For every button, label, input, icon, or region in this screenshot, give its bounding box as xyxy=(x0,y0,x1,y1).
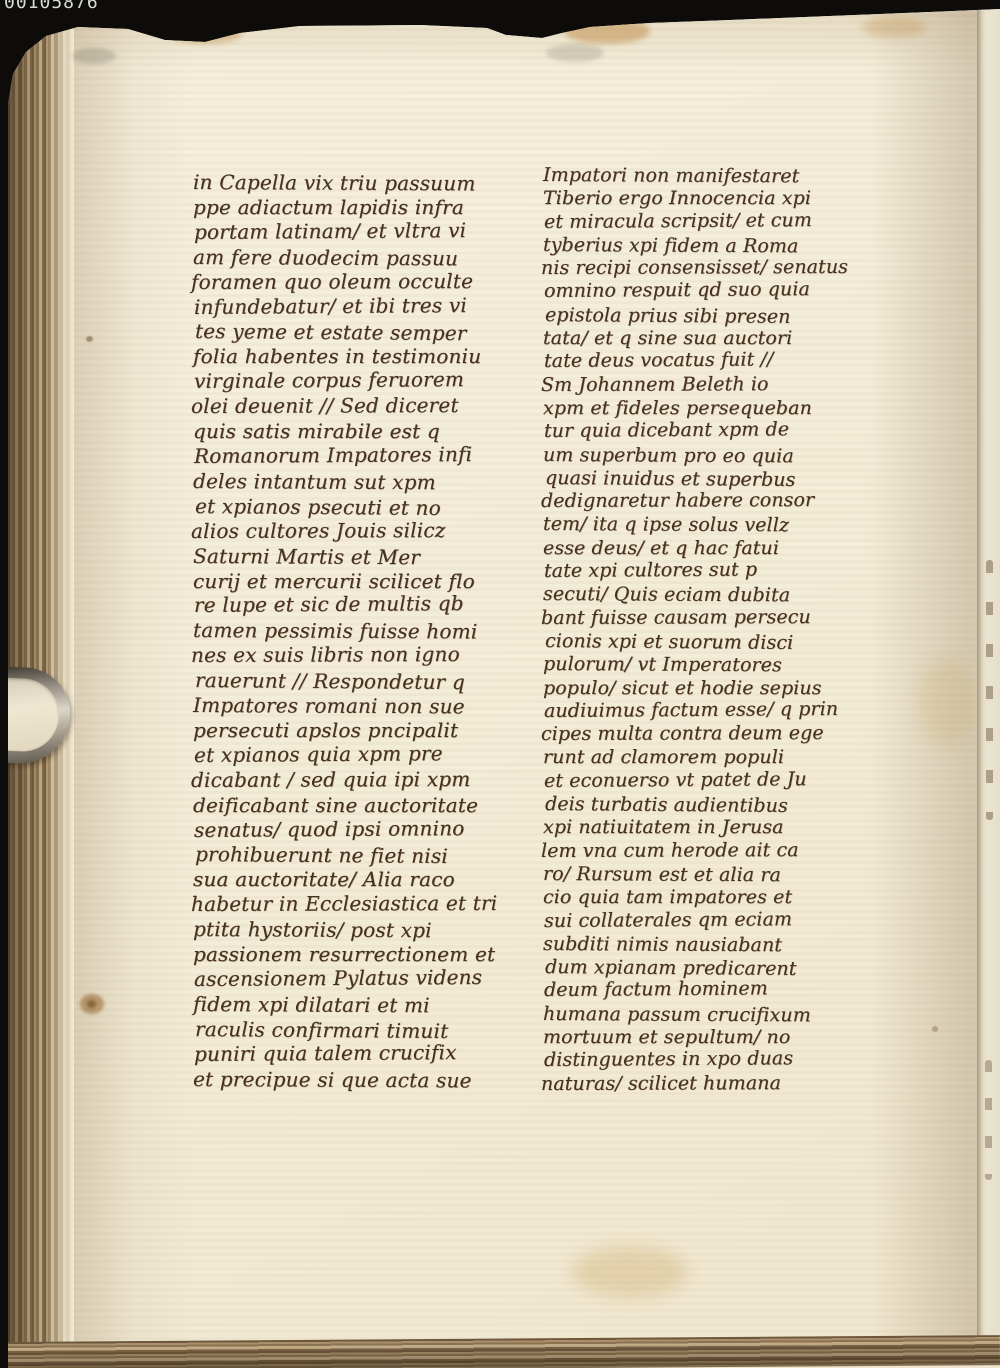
manuscript-text-line: alios cultores Jouis silicz xyxy=(191,518,497,544)
manuscript-text-line: Impatori non manifestaret xyxy=(543,164,850,189)
manuscript-text-line: sua auctoritate/ Alia raco xyxy=(193,867,499,892)
next-leaf-ink-marks-lower xyxy=(985,1060,992,1180)
stain-top-right xyxy=(862,16,926,38)
manuscript-text-line: mortuum et sepultum/ no xyxy=(543,1026,850,1049)
manuscript-text-line: et precipue si que acta sue xyxy=(193,1067,499,1094)
manuscript-text-line: populo/ sicut et hodie sepius xyxy=(543,677,850,700)
next-leaf-ink-marks xyxy=(986,560,993,820)
manuscript-text-line: Tiberio ergo Innocencia xpi xyxy=(543,187,850,210)
pencil-smudge-left xyxy=(72,48,116,64)
manuscript-text-line: sui collaterales qm eciam xyxy=(544,907,851,932)
manuscript-text-line: tur quia dicebant xpm de xyxy=(544,418,851,443)
manuscript-photo: 00105876 in Capella vix triu passuumppe … xyxy=(0,0,1000,1368)
manuscript-text-line: re lupe et sic de multis qb xyxy=(194,591,501,618)
manuscript-text-line: lem vna cum herode ait ca xyxy=(541,839,848,863)
manuscript-text-line: habetur in Ecclesiastica et tri xyxy=(191,891,497,917)
manuscript-text-line: bant fuisse causam persecu xyxy=(541,606,848,630)
manuscript-text-line: xpi natiuitatem in Jerusa xyxy=(543,816,850,839)
ink-spot-left-margin xyxy=(80,994,104,1014)
stain-bottom-center xyxy=(572,1246,688,1298)
manuscript-text-line: ppe adiactum lapidis infra xyxy=(193,195,499,220)
manuscript-text-line: curij et mercurii scilicet flo xyxy=(193,569,499,594)
manuscript-text-line: cionis xpi et suorum disci xyxy=(545,630,852,656)
metal-clasp-opening xyxy=(0,678,61,754)
stain-top-left xyxy=(168,24,242,44)
manuscript-text-line: et xpianos quia xpm pre xyxy=(194,741,501,768)
manuscript-text-line: puniri quia talem crucifix xyxy=(194,1040,501,1067)
manuscript-text-line: et miracula scripsit/ et cum xyxy=(544,208,851,233)
manuscript-text-line: senatus/ quod ipsi omnino xyxy=(194,815,501,842)
text-column-right: Impatori non manifestaretTiberio ergo In… xyxy=(543,164,850,1096)
manuscript-text-line: olei deuenit // Sed diceret xyxy=(191,393,497,419)
manuscript-text-line: tes yeme et estate semper xyxy=(195,319,502,346)
manuscript-text-line: cio quia tam impatores et xyxy=(543,886,850,909)
stain-right-margin xyxy=(918,658,976,746)
manuscript-text-line: nes ex suis libris non igno xyxy=(191,642,497,668)
speck-right-margin xyxy=(932,1026,938,1032)
manuscript-text-line: tate xpi cultores sut p xyxy=(544,558,851,583)
manuscript-text-line: secuti/ Quis eciam dubita xyxy=(543,583,850,608)
manuscript-text-line: infundebatur/ et ibi tres vi xyxy=(194,292,501,319)
manuscript-text-line: runt ad clamorem populi xyxy=(543,746,850,769)
manuscript-text-line: rauerunt // Respondetur q xyxy=(195,668,502,695)
manuscript-text-line: ptita hystoriis/ post xpi xyxy=(193,917,499,944)
manuscript-text-line: passionem resurrectionem et xyxy=(193,942,499,967)
manuscript-text-line: cipes multa contra deum ege xyxy=(541,722,848,746)
manuscript-text-line: subditi nimis nausiabant xyxy=(543,933,850,958)
manuscript-text-line: folia habentes in testimoniu xyxy=(193,344,499,369)
manuscript-text-line: tamen pessimis fuisse homi xyxy=(193,618,499,645)
manuscript-text-line: foramen quo oleum occulte xyxy=(191,269,497,295)
manuscript-text-line: Sm Johannem Beleth io xyxy=(541,373,848,397)
manuscript-text-line: esse deus/ et q hac fatui xyxy=(543,537,850,560)
manuscript-text-line: deis turbatis audientibus xyxy=(545,793,852,819)
manuscript-text-line: um superbum pro eo quia xyxy=(543,444,850,469)
manuscript-text-line: fidem xpi dilatari et mi xyxy=(193,992,499,1019)
manuscript-text-line: dicabant / sed quia ipi xpm xyxy=(191,767,497,793)
manuscript-text-line: nis recipi consensisset/ senatus xyxy=(541,256,848,280)
manuscript-text-line: deles intantum sut xpm xyxy=(193,469,499,496)
manuscript-text-line: naturas/ scilicet humana xyxy=(541,1072,848,1096)
manuscript-text-line: epistola prius sibi presen xyxy=(545,304,852,330)
manuscript-text-line: audiuimus factum esse/ q prin xyxy=(544,698,851,723)
manuscript-text-line: Impatores romani non sue xyxy=(193,693,499,720)
manuscript-text-line: virginale corpus feruorem xyxy=(194,367,501,394)
manuscript-text-line: deificabant sine auctoritate xyxy=(193,793,499,818)
manuscript-text-line: ro/ Rursum est et alia ra xyxy=(543,863,850,888)
manuscript-text-line: portam latinam/ et vltra vi xyxy=(194,218,501,245)
manuscript-text-line: deum factum hominem xyxy=(544,977,851,1002)
manuscript-text-line: distinguentes in xpo duas xyxy=(544,1047,851,1072)
manuscript-text-line: humana passum crucifixum xyxy=(543,1003,850,1028)
manuscript-text-line: tata/ et q sine sua auctori xyxy=(543,327,850,350)
manuscript-text-line: persecuti apslos pncipalit xyxy=(193,718,499,743)
stain-top-notch xyxy=(564,18,650,44)
manuscript-text-line: tem/ ita q ipse solus vellz xyxy=(543,513,850,538)
manuscript-text-line: prohibuerunt ne fiet nisi xyxy=(195,842,502,869)
manuscript-page: in Capella vix triu passuumppe adiactum … xyxy=(74,0,977,1346)
manuscript-text-line: in Capella vix triu passuum xyxy=(193,170,499,197)
text-column-left: in Capella vix triu passuumppe adiactum … xyxy=(193,170,499,1092)
manuscript-text-line: tate deus vocatus fuit // xyxy=(544,348,851,373)
bottom-page-edges xyxy=(8,1335,1000,1368)
manuscript-text-line: dedignaretur habere consor xyxy=(541,489,848,513)
manuscript-text-line: tyberius xpi fidem a Roma xyxy=(543,234,850,259)
manuscript-text-line: xpm et fideles persequeban xyxy=(543,397,850,420)
manuscript-text-line: Saturni Martis et Mer xyxy=(193,544,499,571)
manuscript-text-line: pulorum/ vt Imperatores xyxy=(543,653,850,678)
manuscript-text-line: et econuerso vt patet de Ju xyxy=(544,768,851,793)
manuscript-text-line: Romanorum Impatores infi xyxy=(194,442,501,469)
manuscript-text-line: omnino respuit qd suo quia xyxy=(544,278,851,303)
manuscript-text-line: am fere duodecim passuu xyxy=(193,245,499,272)
manuscript-text-line: ascensionem Pylatus videns xyxy=(194,965,501,992)
manuscript-text-line: et xpianos psecuti et no xyxy=(195,494,502,521)
next-leaf-edge xyxy=(977,0,1000,1354)
pencil-smudge-center xyxy=(546,44,604,62)
speck-left-margin xyxy=(86,336,93,342)
archive-number: 00105876 xyxy=(4,0,99,13)
manuscript-text-line: quis satis mirabile est q xyxy=(193,419,499,444)
manuscript-book: in Capella vix triu passuumppe adiactum … xyxy=(0,0,1000,1368)
